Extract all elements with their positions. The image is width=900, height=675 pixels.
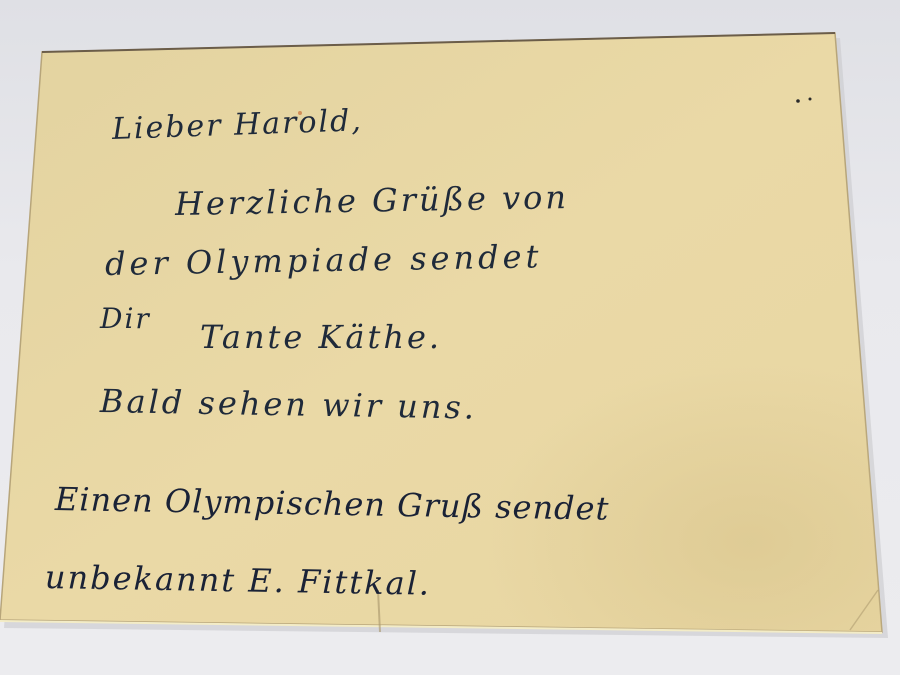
- photo-scene: Lieber Harold, Herzliche Grüße von der O…: [0, 0, 900, 675]
- postscript-signature: unbekannt E. Fittkal.: [45, 558, 432, 603]
- message-line-3-signature: Tante Käthe.: [200, 318, 442, 356]
- message-line-1: Herzliche Grüße von: [175, 178, 570, 223]
- message-line-4: Bald sehen wir uns.: [100, 382, 478, 427]
- message-line-2: der Olympiade sendet: [105, 237, 543, 283]
- message-line-3-start: Dir: [100, 302, 151, 335]
